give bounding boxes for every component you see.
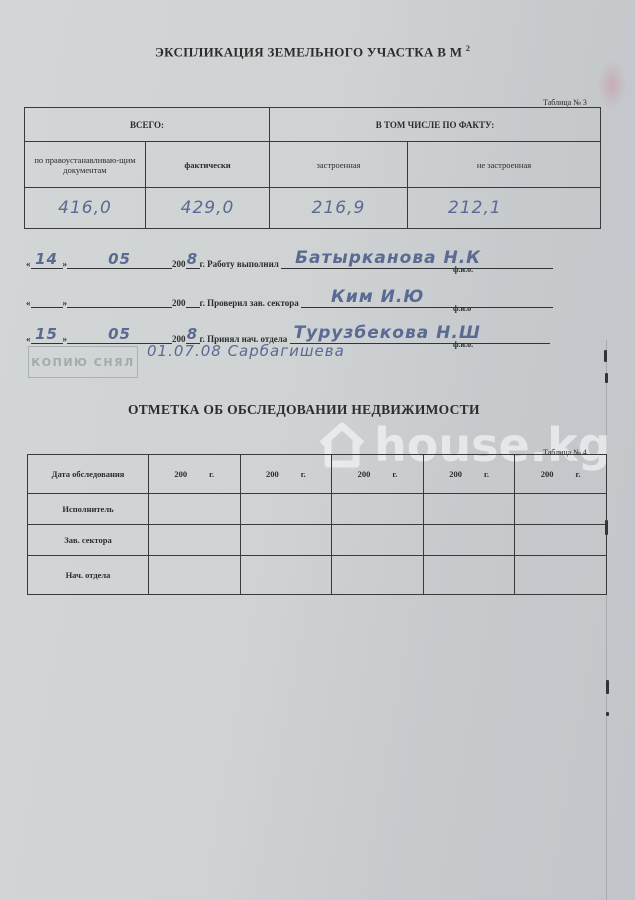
row-label-sector-head: Зав. сектора	[28, 525, 149, 556]
document-page: ЭКСПЛИКАЦИЯ ЗЕМЕЛЬНОГО УЧАСТКА В М 2 Таб…	[0, 0, 635, 900]
empty-cell	[332, 525, 424, 556]
empty-cell	[423, 494, 515, 525]
page-fold-line	[606, 340, 607, 900]
header-actual: фактически	[146, 142, 270, 188]
signature-row-performed: «14»052008г. Работу выполнил Батырканова…	[26, 248, 553, 269]
empty-cell	[515, 494, 607, 525]
staple-mark	[604, 350, 607, 362]
year-cell: 200г.	[240, 455, 332, 494]
explication-table: ВСЕГО: В ТОМ ЧИСЛЕ ПО ФАКТУ: по правоуст…	[24, 107, 601, 229]
header-by-documents: по правоустанавливаю-щим документам	[25, 142, 146, 188]
value-built: 216,9	[270, 188, 408, 229]
empty-cell	[240, 556, 332, 595]
signature-name: Батырканова Н.К	[281, 248, 481, 268]
header-built: застроенная	[270, 142, 408, 188]
empty-cell	[515, 556, 607, 595]
header-not-built: не застроенная	[408, 142, 601, 188]
empty-cell	[515, 525, 607, 556]
value-actual: 429,0	[146, 188, 270, 229]
year-cell: 200г.	[332, 455, 424, 494]
year-cell: 200г.	[149, 455, 241, 494]
value-not-built: 212,1	[408, 188, 601, 229]
empty-cell	[240, 525, 332, 556]
pink-stain	[597, 60, 627, 110]
header-including: В ТОМ ЧИСЛЕ ПО ФАКТУ:	[270, 108, 601, 142]
empty-cell	[423, 525, 515, 556]
table-number-3: Таблица № 3	[543, 98, 587, 107]
year-cell: 200г.	[515, 455, 607, 494]
staple-mark	[605, 373, 608, 383]
staple-mark	[606, 712, 609, 716]
inspection-title: ОТМЕТКА ОБ ОБСЛЕДОВАНИИ НЕДВИЖИМОСТИ	[128, 402, 480, 418]
value-by-documents: 416,0	[25, 188, 146, 229]
inspection-table: Дата обследования 200г. 200г. 200г. 200г…	[27, 454, 607, 595]
row-label-department-head: Нач. отдела	[28, 556, 149, 595]
signature-row-checked: « » 200 г. Проверил зав. сектора Ким И.Ю	[26, 287, 553, 308]
header-total: ВСЕГО:	[25, 108, 270, 142]
row-label-date: Дата обследования	[28, 455, 149, 494]
empty-cell	[149, 494, 241, 525]
explication-title: ЭКСПЛИКАЦИЯ ЗЕМЕЛЬНОГО УЧАСТКА В М 2	[155, 44, 470, 60]
row-label-executor: Исполнитель	[28, 494, 149, 525]
empty-cell	[332, 494, 424, 525]
copy-made-stamp: КОПИЮ СНЯЛ	[28, 346, 138, 378]
empty-cell	[423, 556, 515, 595]
empty-cell	[240, 494, 332, 525]
empty-cell	[149, 525, 241, 556]
signature-name: Ким И.Ю	[301, 287, 424, 307]
copy-note-handwritten: 01.07.08 Сарбагишева	[147, 342, 345, 360]
year-cell: 200г.	[423, 455, 515, 494]
empty-cell	[332, 556, 424, 595]
empty-cell	[149, 556, 241, 595]
staple-mark	[606, 680, 609, 694]
